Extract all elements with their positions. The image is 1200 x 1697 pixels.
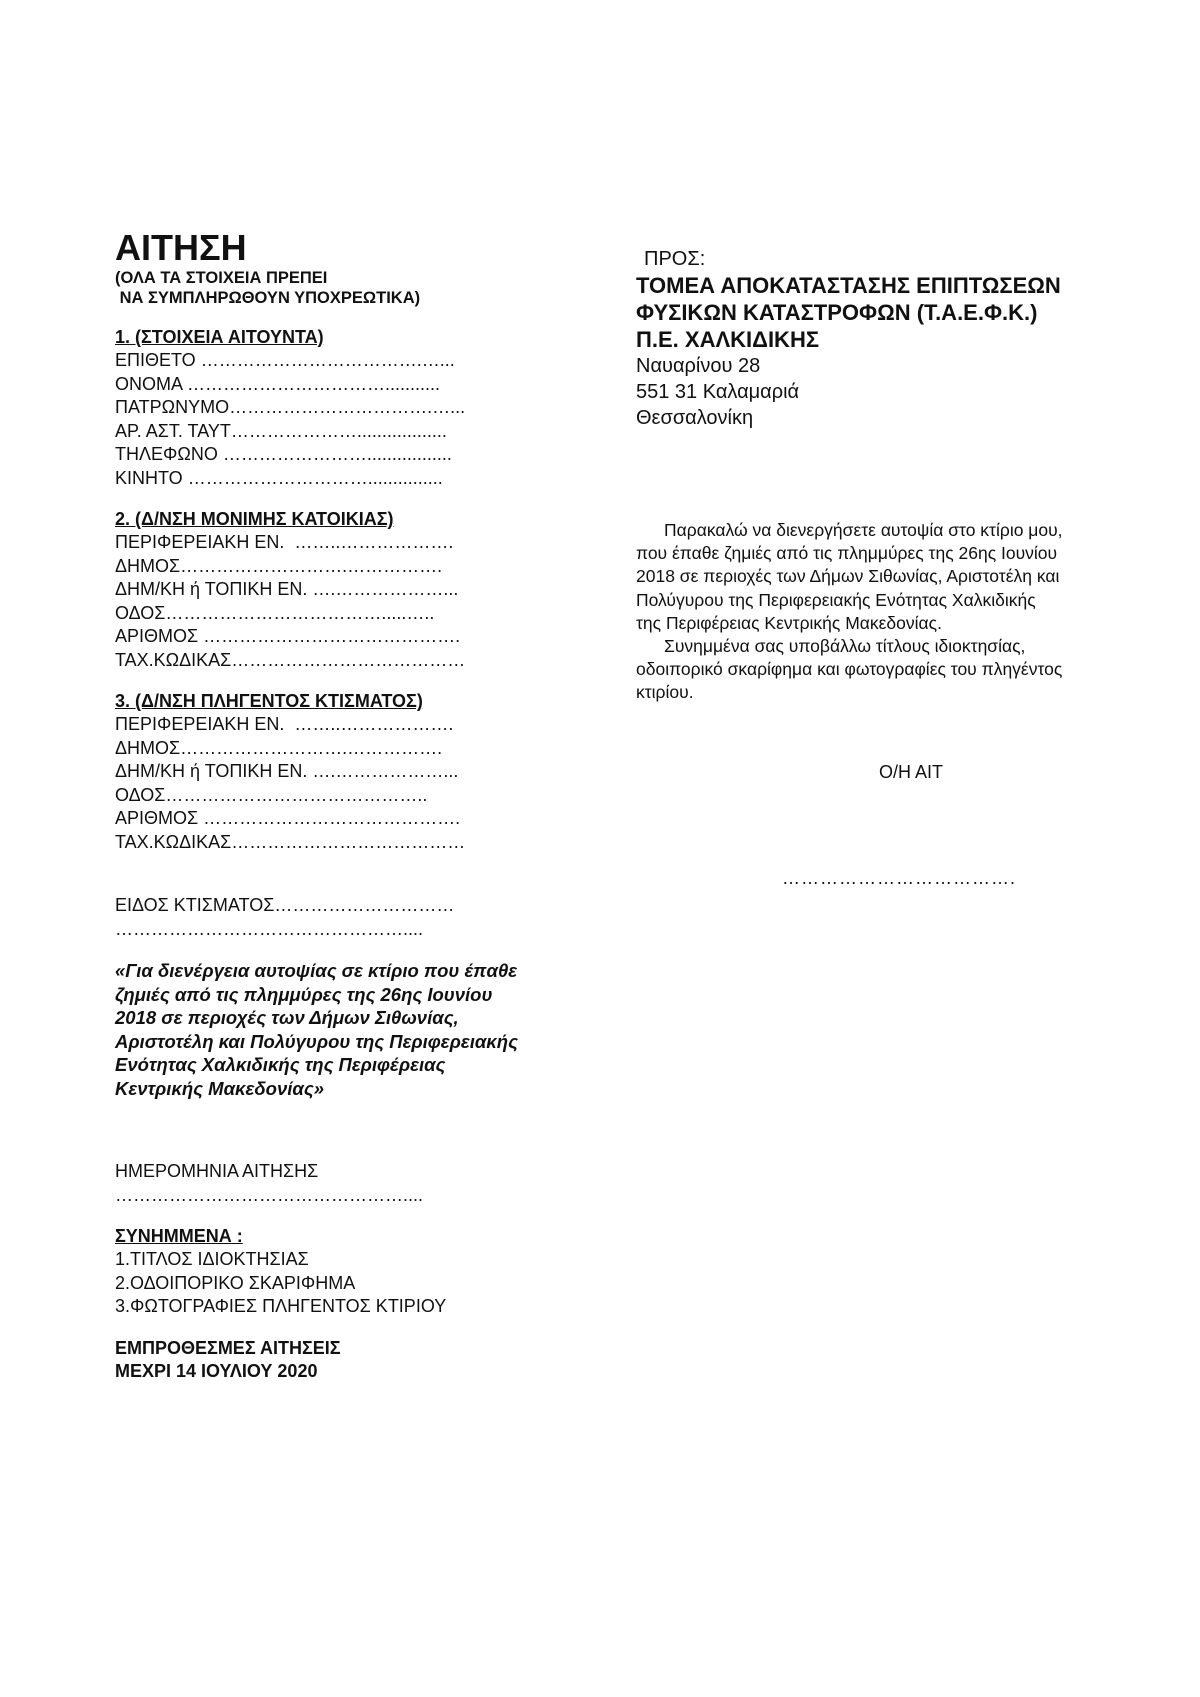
field-phone[interactable]: ΤΗΛΕΦΩΝΟ ……………………................. — [115, 443, 585, 467]
field-blank[interactable]: ……………………….……………. — [180, 556, 442, 576]
page-title: ΑΙΤΗΣΗ — [115, 228, 585, 268]
body-line: Πολύγυρου της Περιφερειακής Ενότητας Χαλ… — [636, 589, 1126, 612]
deadline-notice: ΕΜΠΡΟΘΕΣΜΕΣ ΑΙΤΗΣΕΙΣ ΜΕΧΡΙ 14 ΙΟΥΛΙΟΥ 20… — [115, 1337, 585, 1384]
purpose-statement: «Για διενέργεια αυτοψίας σε κτίριο που έ… — [115, 959, 585, 1100]
field-municipality[interactable]: ΔΗΜΟΣ……………………….……………. — [115, 737, 585, 761]
field-blank[interactable]: ………………………………… — [231, 832, 465, 852]
field-label: ΟΝΟΜΑ — [115, 374, 187, 394]
field-blank[interactable]: ….………………... — [312, 761, 458, 781]
signature-label: Ο/Η ΑΙΤ — [879, 760, 943, 784]
request-body: Παρακαλώ να διενεργήσετε αυτοψία στο κτί… — [636, 519, 1126, 705]
field-label: ΠΕΡΙΦΕΡΕΙΑΚΗ ΕΝ. — [115, 532, 294, 552]
field-mobile[interactable]: ΚΙΝΗΤΟ …………………………............... — [115, 467, 585, 491]
application-date: ΗΜΕΡΟΜΗΝΙΑ ΑΙΤΗΣΗΣ ………………………………………….... — [115, 1160, 585, 1207]
field-label: ΑΡΙΘΜΟΣ — [115, 626, 203, 646]
field-regional-unit[interactable]: ΠΕΡΙΦΕΡΕΙΑΚΗ ΕΝ. ……..………………. — [115, 531, 585, 555]
field-municipality[interactable]: ΔΗΜΟΣ……………………….……………. — [115, 555, 585, 579]
field-label: ΤΑΧ.ΚΩΔΙΚΑΣ — [115, 832, 231, 852]
field-blank[interactable]: ……..………………. — [294, 714, 453, 734]
body-line: που έπαθε ζημιές από τις πλημμύρες της 2… — [636, 542, 1126, 565]
attachment-item: 3.ΦΩΤΟΓΡΑΦΙΕΣ ΠΛΗΓΕΝΤΟΣ ΚΤΙΡΙΟΥ — [115, 1295, 585, 1319]
field-label: ΔΗΜ/ΚΗ ή ΤΟΠΙΚΗ ΕΝ. — [115, 761, 312, 781]
field-blank[interactable]: …………………………............... — [188, 468, 443, 488]
field-postal-code[interactable]: ΤΑΧ.ΚΩΔΙΚΑΣ………………………………… — [115, 831, 585, 855]
section-damaged-building-address: 3. (Δ/ΝΣΗ ΠΛΗΓΕΝΤΟΣ ΚΤΙΣΜΑΤΟΣ) ΠΕΡΙΦΕΡΕΙ… — [115, 690, 585, 854]
field-label: ΕΠΙΘΕΤΟ — [115, 350, 201, 370]
recipient-name-line: ΦΥΣΙΚΩΝ ΚΑΤΑΣΤΡΟΦΩΝ (Τ.Α.Ε.Φ.Κ.) — [636, 299, 1136, 326]
purpose-line: Ενότητας Χαλκιδικής της Περιφέρειας — [115, 1053, 585, 1077]
body-line: της Περιφέρειας Κεντρικής Μακεδονίας. — [636, 612, 1126, 635]
field-id-number[interactable]: ΑΡ. ΑΣΤ. ΤΑΥΤ………………….................. — [115, 420, 585, 444]
recipient-name-line: ΤΟΜΕΑ ΑΠΟΚΑΤΑΣΤΑΣΗΣ ΕΠΙΠΤΩΣΕΩΝ — [636, 272, 1136, 299]
application-date-label: ΗΜΕΡΟΜΗΝΙΑ ΑΙΤΗΣΗΣ — [115, 1160, 585, 1184]
field-building-type[interactable]: ΕΙΔΟΣ ΚΤΙΣΜΑΤΟΣ………………………… — [115, 894, 585, 918]
building-type: ΕΙΔΟΣ ΚΤΙΣΜΑΤΟΣ………………………… ……………………………………… — [115, 894, 585, 941]
field-label: ΚΙΝΗΤΟ — [115, 468, 188, 488]
body-line: Συνημμένα σας υποβάλλω τίτλους ιδιοκτησί… — [636, 635, 1126, 658]
field-blank[interactable]: ….………………... — [312, 579, 458, 599]
field-local-unit[interactable]: ΔΗΜ/ΚΗ ή ΤΟΠΙΚΗ ΕΝ. ….………………... — [115, 760, 585, 784]
field-blank[interactable]: ……………………………….…... — [201, 350, 455, 370]
field-blank[interactable]: ……………………………….....….. — [165, 603, 434, 623]
recipient-address-line: 551 31 Καλαμαριά — [636, 379, 1136, 405]
attachment-item: 1.ΤΙΤΛΟΣ ΙΔΙΟΚΤΗΣΙΑΣ — [115, 1248, 585, 1272]
field-label: ΔΗΜΟΣ — [115, 556, 180, 576]
field-regional-unit[interactable]: ΠΕΡΙΦΕΡΕΙΑΚΗ ΕΝ. ……..………………. — [115, 713, 585, 737]
field-blank[interactable]: ……………………………........... — [187, 374, 440, 394]
field-blank[interactable]: ……..………………. — [294, 532, 453, 552]
field-postal-code[interactable]: ΤΑΧ.ΚΩΔΙΚΑΣ………………………………… — [115, 649, 585, 673]
purpose-line: Κεντρικής Μακεδονίας» — [115, 1077, 585, 1101]
field-local-unit[interactable]: ΔΗΜ/ΚΗ ή ΤΟΠΙΚΗ ΕΝ. ….………………... — [115, 578, 585, 602]
body-line: οδοιπορικό σκαρίφημα και φωτογραφίες του… — [636, 658, 1126, 681]
recipient-address-line: Ναυαρίνου 28 — [636, 353, 1136, 379]
body-line: Παρακαλώ να διενεργήσετε αυτοψία στο κτί… — [636, 519, 1126, 542]
field-label: ΤΗΛΕΦΩΝΟ — [115, 444, 223, 464]
field-label: ΔΗΜ/ΚΗ ή ΤΟΠΙΚΗ ΕΝ. — [115, 579, 312, 599]
field-blank[interactable]: ………………………………… — [231, 650, 465, 670]
field-blank[interactable]: ……………………………………. — [203, 808, 460, 828]
recipient-block: ΠΡΟΣ: ΤΟΜΕΑ ΑΠΟΚΑΤΑΣΤΑΣΗΣ ΕΠΙΠΤΩΣΕΩΝ ΦΥΣ… — [636, 246, 1136, 431]
section-applicant-details: 1. (ΣΤΟΙΧΕΙΑ ΑΙΤΟΥΝΤΑ) ΕΠΙΘΕΤΟ ………………………… — [115, 326, 585, 490]
field-label: ΑΡΙΘΜΟΣ — [115, 808, 203, 828]
field-label: ΕΙΔΟΣ ΚΤΙΣΜΑΤΟΣ — [115, 895, 274, 915]
deadline-line: ΕΜΠΡΟΘΕΣΜΕΣ ΑΙΤΗΣΕΙΣ — [115, 1337, 585, 1361]
field-street-number[interactable]: ΑΡΙΘΜΟΣ ……………………………………. — [115, 625, 585, 649]
body-line: κτιρίου. — [636, 681, 1126, 704]
field-building-type-continued[interactable]: ………………………………………….... — [115, 918, 585, 942]
field-first-name[interactable]: ΟΝΟΜΑ ……………………………........... — [115, 373, 585, 397]
field-blank[interactable]: …………………………….…... — [229, 397, 465, 417]
purpose-line: ζημιές από τις πλημμύρες της 26ης Ιουνίο… — [115, 983, 585, 1007]
field-blank[interactable]: ……………………………………. — [203, 626, 460, 646]
attachments: ΣΥΝΗΜΜΕΝΑ : 1.ΤΙΤΛΟΣ ΙΔΙΟΚΤΗΣΙΑΣ 2.ΟΔΟΙΠ… — [115, 1225, 585, 1319]
section-permanent-address: 2. (Δ/ΝΣΗ ΜΟΝΙΜΗΣ ΚΑΤΟΙΚΙΑΣ) ΠΕΡΙΦΕΡΕΙΑΚ… — [115, 508, 585, 672]
field-blank[interactable]: …………………………………….. — [165, 785, 427, 805]
field-label: ΤΑΧ.ΚΩΔΙΚΑΣ — [115, 650, 231, 670]
subtitle-line-1: (ΟΛΑ ΤΑ ΣΤΟΙΧΕΙΑ ΠΡΕΠΕΙ — [115, 268, 585, 288]
application-form: ΑΙΤΗΣΗ (ΟΛΑ ΤΑ ΣΤΟΙΧΕΙΑ ΠΡΕΠΕΙ ΝΑ ΣΥΜΠΛΗ… — [115, 228, 585, 1384]
attachments-heading: ΣΥΝΗΜΜΕΝΑ : — [115, 1225, 585, 1248]
section-heading: 2. (Δ/ΝΣΗ ΜΟΝΙΜΗΣ ΚΑΤΟΙΚΙΑΣ) — [115, 508, 585, 531]
recipient-address-line: Θεσσαλονίκη — [636, 405, 1136, 431]
application-date-blank[interactable]: ………………………………………….... — [115, 1184, 585, 1208]
to-label: ΠΡΟΣ: — [636, 246, 1136, 272]
recipient-name-line: Π.Ε. ΧΑΛΚΙΔΙΚΗΣ — [636, 326, 1136, 353]
section-heading: 3. (Δ/ΝΣΗ ΠΛΗΓΕΝΤΟΣ ΚΤΙΣΜΑΤΟΣ) — [115, 690, 585, 713]
field-blank[interactable]: ……………………….……………. — [180, 738, 442, 758]
field-street[interactable]: ΟΔΟΣ……………………………….....….. — [115, 602, 585, 626]
purpose-line: Αριστοτέλη και Πολύγυρου της Περιφερειακ… — [115, 1030, 585, 1054]
field-label: ΟΔΟΣ — [115, 785, 165, 805]
deadline-line: ΜΕΧΡΙ 14 ΙΟΥΛΙΟΥ 2020 — [115, 1360, 585, 1384]
purpose-line: 2018 σε περιοχές των Δήμων Σιθωνίας, — [115, 1006, 585, 1030]
field-label: ΑΡ. ΑΣΤ. ΤΑΥΤ — [115, 421, 231, 441]
field-label: ΔΗΜΟΣ — [115, 738, 180, 758]
field-blank[interactable]: ………………….................. — [231, 421, 447, 441]
field-father-name[interactable]: ΠΑΤΡΩΝΥΜΟ…………………………….…... — [115, 396, 585, 420]
field-label: ΠΑΤΡΩΝΥΜΟ — [115, 397, 229, 417]
body-line: 2018 σε περιοχές των Δήμων Σιθωνίας, Αρι… — [636, 565, 1126, 588]
attachment-item: 2.ΟΔΟΙΠΟΡΙΚΟ ΣΚΑΡΙΦΗΜΑ — [115, 1272, 585, 1296]
section-heading: 1. (ΣΤΟΙΧΕΙΑ ΑΙΤΟΥΝΤΑ) — [115, 326, 585, 349]
field-surname[interactable]: ΕΠΙΘΕΤΟ ……………………………….…... — [115, 349, 585, 373]
field-label: ΠΕΡΙΦΕΡΕΙΑΚΗ ΕΝ. — [115, 714, 294, 734]
field-street[interactable]: ΟΔΟΣ…………………………………….. — [115, 784, 585, 808]
purpose-line: «Για διενέργεια αυτοψίας σε κτίριο που έ… — [115, 959, 585, 983]
field-blank[interactable]: ……………………................. — [223, 444, 452, 464]
field-street-number[interactable]: ΑΡΙΘΜΟΣ ……………………………………. — [115, 807, 585, 831]
field-blank[interactable]: ………………………… — [274, 895, 454, 915]
signature-line[interactable]: ………………………………. — [782, 868, 1016, 889]
subtitle-line-2: ΝΑ ΣΥΜΠΛΗΡΩΘΟΥΝ ΥΠΟΧΡΕΩΤΙΚΑ) — [115, 288, 585, 308]
field-label: ΟΔΟΣ — [115, 603, 165, 623]
